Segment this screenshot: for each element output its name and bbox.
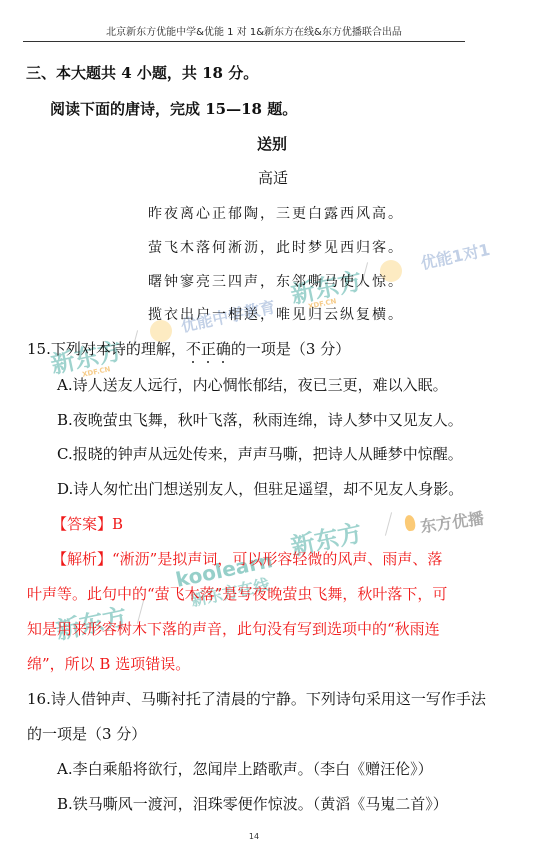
- question-15-stem: 15.下列对本诗的理解，不正确的一项是（3 分）: [27, 339, 350, 359]
- section-title: 三、本大题共 4 小题，共 18 分。: [26, 63, 258, 83]
- question-15-stem-before: 15.下列对本诗的理解，: [27, 340, 186, 358]
- analysis-line-1: 【解析】“淅沥”是拟声词，可以形容轻微的风声、雨声、落: [52, 549, 442, 569]
- watermark-separator: [385, 512, 392, 535]
- analysis-label: 【解析】: [52, 550, 112, 568]
- analysis-line-2: 叶声等。此句中的“萤飞木落”是写夜晚萤虫飞舞，秋叶落下，可: [27, 584, 447, 604]
- flame-logo-icon: [404, 514, 417, 531]
- page-number: 14: [0, 832, 508, 841]
- question-16-option-a: A.李白乘船将欲行，忽闻岸上踏歌声。（李白《赠汪伦》）: [57, 759, 433, 779]
- question-15-option-c: C.报晓的钟声从远处传来，声声马嘶，把诗人从睡梦中惊醒。: [57, 444, 463, 464]
- poem-line-2: 萤飞木落何淅沥，此时梦见西归客。: [148, 238, 404, 258]
- poem-title: 送别: [257, 134, 287, 154]
- analysis-text-1: “淅沥”是拟声词，可以形容轻微的风声、雨声、落: [112, 550, 442, 568]
- answer-label: 【答案】: [52, 515, 112, 533]
- answer-value: B: [112, 515, 123, 533]
- emphasis-char: 不: [186, 340, 201, 358]
- emphasis-char: 正: [201, 340, 216, 358]
- watermark-youneng-1v1: 优能1对1: [418, 237, 492, 274]
- question-16-stem-line-2: 的一项是（3 分）: [27, 724, 146, 744]
- question-15-option-b: B.夜晚萤虫飞舞，秋叶飞落，秋雨连绵，诗人梦中又见友人。: [57, 410, 463, 430]
- header-text: 北京新东方优能中学&优能 1 对 1&新东方在线&东方优播联合出品: [0, 23, 508, 38]
- page-header: 北京新东方优能中学&优能 1 对 1&新东方在线&东方优播联合出品: [0, 0, 550, 48]
- answer-line: 【答案】B: [52, 514, 123, 534]
- analysis-line-4: 绵”，所以 B 选项错误。: [27, 654, 190, 674]
- question-15-option-a: A.诗人送友人远行，内心惆怅郁结，夜已三更，难以入眠。: [57, 375, 448, 395]
- analysis-line-3: 知是用来形容树木下落的声音，此句没有写到选项中的“秋雨连: [27, 619, 440, 639]
- question-16-option-b: B.铁马嘶风一渡河，泪珠零便作惊波。（黄滔《马嵬二首》）: [57, 794, 448, 814]
- poem-author: 高适: [258, 168, 288, 188]
- emphasis-char: 确: [216, 340, 231, 358]
- section-instruction: 阅读下面的唐诗，完成 15—18 题。: [50, 99, 297, 119]
- question-15-stem-after: 的一项是（3 分）: [231, 340, 350, 358]
- header-rule: [23, 41, 465, 42]
- watermark-dfyb: 东方优播: [419, 506, 486, 538]
- question-15-option-d: D.诗人匆忙出门想送别友人，但驻足遥望，却不见友人身影。: [57, 479, 463, 499]
- poem-line-4: 揽衣出户一相送，唯见归云纵复横。: [148, 305, 404, 325]
- poem-line-3: 曙钟寥亮三四声，东邻嘶马使人惊。: [148, 272, 404, 292]
- poem-line-1: 昨夜离心正郁陶，三更白露西风高。: [148, 204, 404, 224]
- question-16-stem-line-1: 16.诗人借钟声、马嘶衬托了清晨的宁静。下列诗句采用这一写作手法: [27, 689, 486, 709]
